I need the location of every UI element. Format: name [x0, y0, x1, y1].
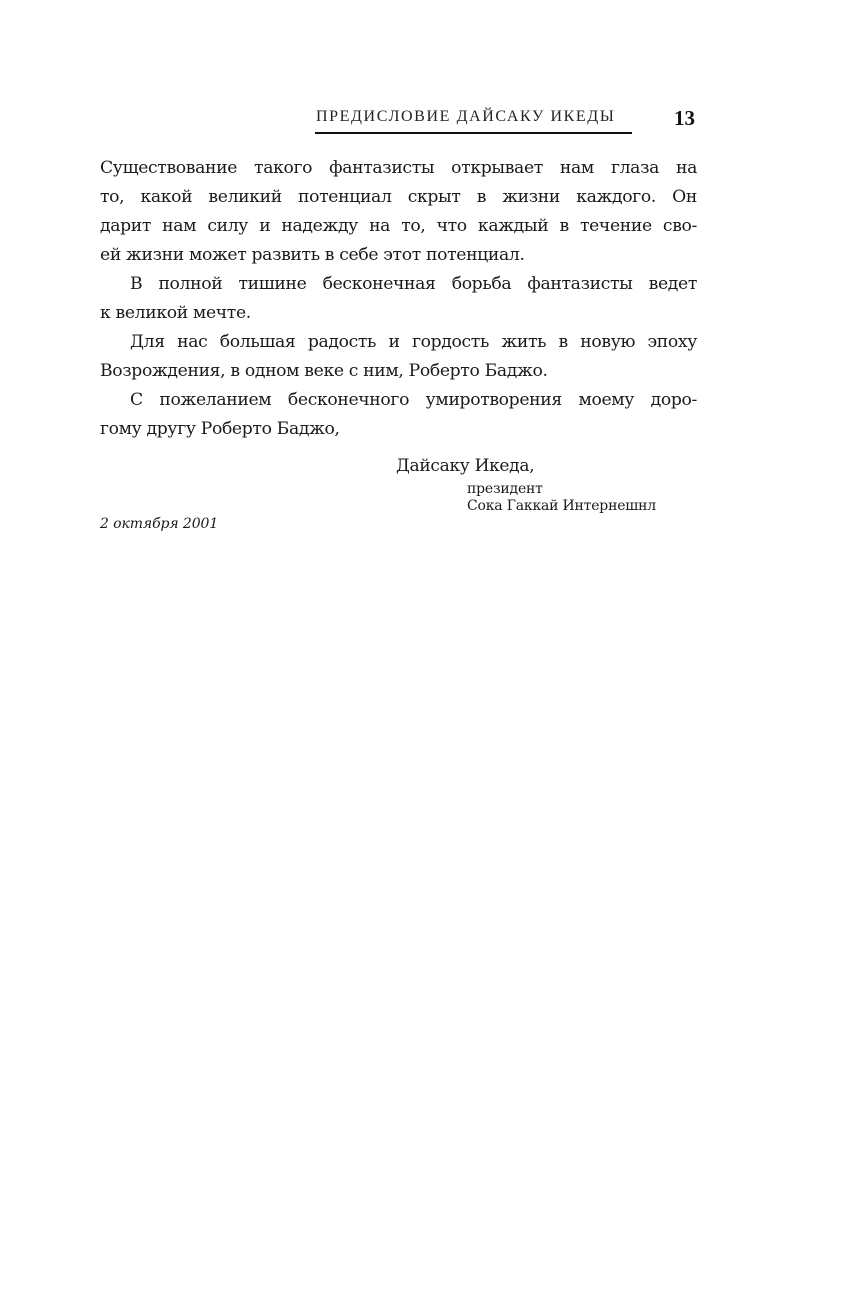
body-line: ей жизни может развить в себе этот потен… [100, 241, 697, 270]
body-line: к великой мечте. [100, 299, 697, 328]
body-line: Возрождения, в одном веке с ним, Роберто… [100, 357, 697, 386]
body-line: С пожеланием бесконечного умиротворения … [100, 386, 697, 415]
page-number: 13 [674, 106, 695, 131]
body-line: дарит нам силу и надежду на то, что кажд… [100, 212, 697, 241]
signature-name: Дайсаку Икеда, [396, 456, 534, 476]
body-line: В полной тишине бесконечная борьба фанта… [100, 270, 697, 299]
body-text: Существование такого фантазисты открывае… [100, 154, 697, 444]
signature-title: президент [467, 480, 543, 498]
date: 2 октября 2001 [100, 516, 218, 532]
running-head-title: ПРЕДИСЛОВИЕ ДАЙСАКУ ИКЕДЫ [316, 108, 604, 126]
body-line: Существование такого фантазисты открывае… [100, 154, 697, 183]
body-line: гому другу Роберто Баджо, [100, 415, 697, 444]
body-line: Для нас большая радость и гордость жить … [100, 328, 697, 357]
body-line: то, какой великий потенциал скрыт в жизн… [100, 183, 697, 212]
running-head-rule [315, 132, 632, 134]
signature-organization: Сока Гаккай Интернешнл [467, 497, 656, 515]
